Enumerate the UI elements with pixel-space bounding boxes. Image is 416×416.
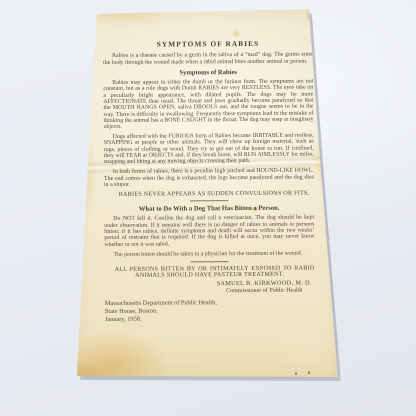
imprint-block: Massachusetts Department of Public Healt… bbox=[105, 298, 315, 324]
document-title: SYMPTOMS OF RABIES bbox=[103, 40, 313, 49]
document-content: SYMPTOMS OF RABIES Rabies is a disease c… bbox=[103, 40, 315, 324]
symptoms-heading: Symptoms of Rabies bbox=[103, 68, 313, 77]
signature-title: Commissioner of Public Health bbox=[217, 287, 312, 294]
do-not-kill-paragraph: Do NOT kill it. Confine the dog and call… bbox=[104, 215, 314, 248]
dumb-form-paragraph: Rabies may appear in either the dumb or … bbox=[103, 79, 313, 131]
intro-paragraph: Rabies is a disease caused by a germ in … bbox=[103, 52, 313, 66]
convulsions-warning: RABIES NEVER APPEARS AS SUDDEN CONVULSIO… bbox=[104, 190, 314, 198]
bitten-heading: What to Do With a Dog That Has Bitten a … bbox=[104, 204, 314, 213]
divider-rule bbox=[191, 261, 229, 262]
photo-background: SYMPTOMS OF RABIES Rabies is a disease c… bbox=[0, 0, 416, 416]
stain-speck bbox=[295, 372, 297, 375]
stain-speck bbox=[308, 371, 310, 374]
divider-rule bbox=[190, 200, 228, 201]
imprint-line: January, 1958. bbox=[105, 315, 315, 325]
furious-form-paragraph: Dogs affected with the FURIOUS form of R… bbox=[104, 133, 314, 166]
signature-block: SAMUEL B. KIRKWOOD, M. D. Commissioner o… bbox=[217, 281, 312, 295]
both-forms-paragraph: In both forms of rabies, there is a pecu… bbox=[104, 168, 314, 188]
document-paper: SYMPTOMS OF RABIES Rabies is a disease c… bbox=[74, 8, 340, 380]
pasteur-notice: ALL PERSONS BITTEN BY OR INTIMATELY EXPO… bbox=[105, 265, 315, 280]
physician-paragraph: The person bitten should be taken to a p… bbox=[104, 250, 314, 258]
